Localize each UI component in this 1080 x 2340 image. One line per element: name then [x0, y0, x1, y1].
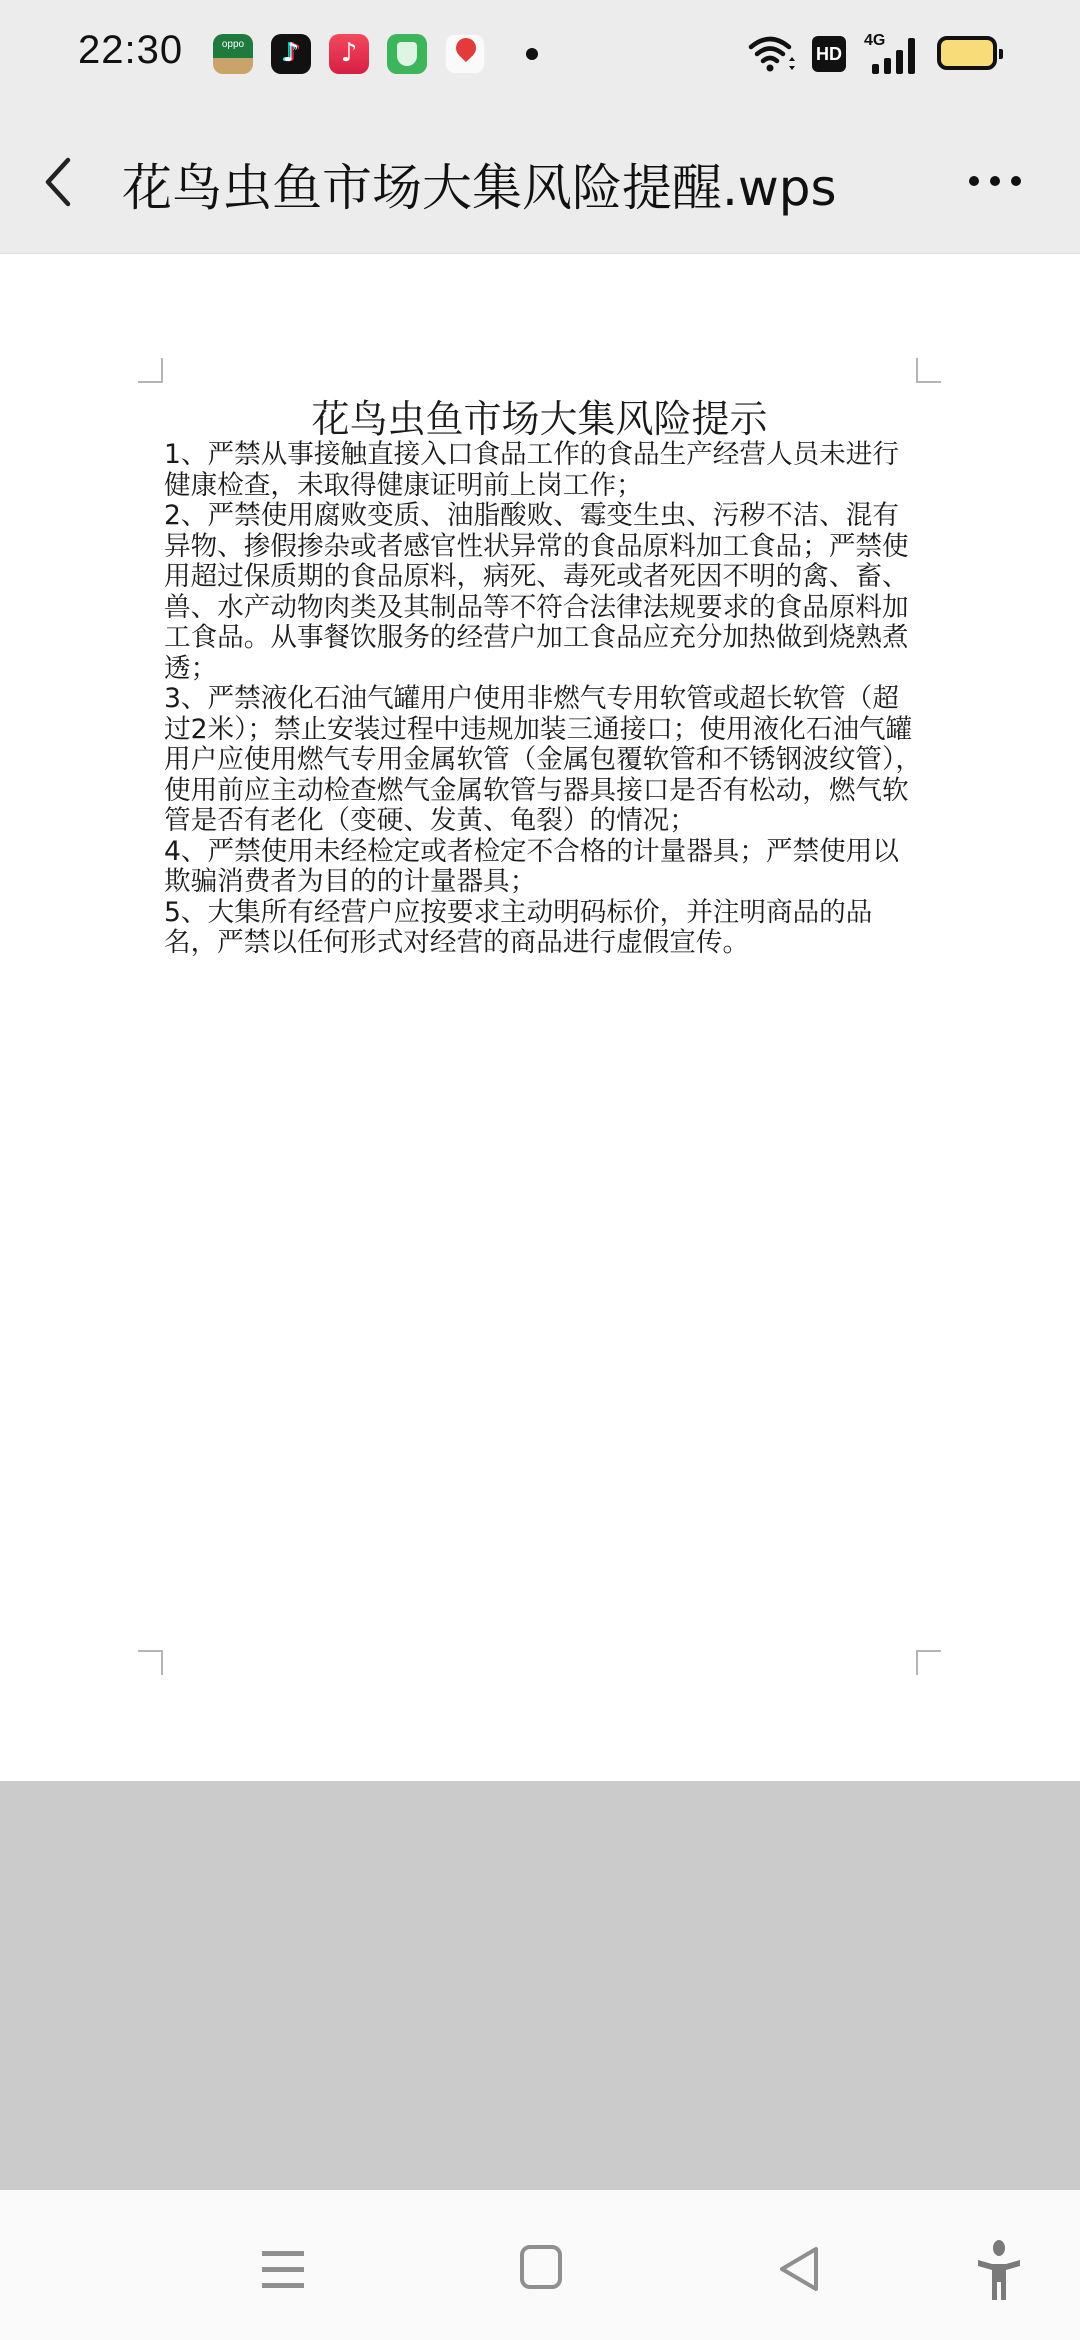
margin-corner-top-right: [916, 358, 941, 383]
status-bar: 22:30 oppo ♪ ♪ HD 4G: [0, 0, 1080, 108]
document-canvas-background: [0, 1781, 1080, 2190]
battery-icon: [937, 36, 997, 70]
document-page[interactable]: 花鸟虫鱼市场大集风险提示 1、严禁从事接触直接入口食品工作的食品生产经营人员未进…: [0, 254, 1080, 1781]
wifi-icon: [748, 34, 798, 74]
more-notifications-dot: [526, 48, 538, 60]
document-heading: 花鸟虫鱼市场大集风险提示: [163, 388, 916, 443]
system-navigation-bar: [0, 2190, 1080, 2340]
home-icon[interactable]: [510, 2240, 570, 2300]
hd-voice-icon: HD: [812, 36, 846, 72]
status-time: 22:30: [78, 28, 183, 73]
back-chevron-icon[interactable]: [38, 152, 88, 212]
back-triangle-icon[interactable]: [770, 2240, 830, 2300]
more-horizontal-icon: [960, 156, 1030, 206]
app-title-bar: 花鸟虫鱼市场大集风险提醒.wps: [0, 108, 1080, 254]
document-paragraph-2: 2、严禁使用腐败变质、油脂酸败、霉变生虫、污秽不洁、混有异物、掺假掺杂或者感官性…: [164, 501, 924, 684]
margin-corner-top-left: [138, 358, 163, 383]
margin-corner-bottom-right: [916, 1650, 941, 1675]
baidu-maps-app-icon: [445, 34, 485, 74]
security-shield-app-icon: [387, 34, 427, 74]
oppo-subsidy-app-icon: oppo: [213, 34, 253, 74]
more-options-button[interactable]: [960, 156, 1030, 206]
file-name-title: 花鸟虫鱼市场大集风险提醒.wps: [122, 148, 837, 220]
recent-apps-menu-icon[interactable]: [258, 2240, 318, 2300]
tiktok-app-icon: ♪: [271, 34, 311, 74]
document-paragraph-4: 4、严禁使用未经检定或者检定不合格的计量器具；严禁使用以欺骗消费者为目的的计量器…: [164, 837, 924, 898]
document-paragraph-3: 3、严禁液化石油气罐用户使用非燃气专用软管或超长软管（超过2米）；禁止安装过程中…: [164, 684, 924, 837]
accessibility-icon[interactable]: [970, 2240, 1030, 2300]
network-type-label: 4G: [864, 32, 885, 50]
music-app-icon: ♪: [329, 34, 369, 74]
cellular-signal-icon: 4G: [864, 32, 920, 74]
margin-corner-bottom-left: [138, 1650, 163, 1675]
document-body: 1、严禁从事接触直接入口食品工作的食品生产经营人员未进行健康检查，未取得健康证明…: [164, 440, 924, 959]
document-paragraph-5: 5、大集所有经营户应按要求主动明码标价，并注明商品的品名，严禁以任何形式对经营的…: [164, 898, 924, 959]
oppo-icon-label: oppo: [213, 39, 253, 50]
document-paragraph-1: 1、严禁从事接触直接入口食品工作的食品生产经营人员未进行健康检查，未取得健康证明…: [164, 440, 924, 501]
